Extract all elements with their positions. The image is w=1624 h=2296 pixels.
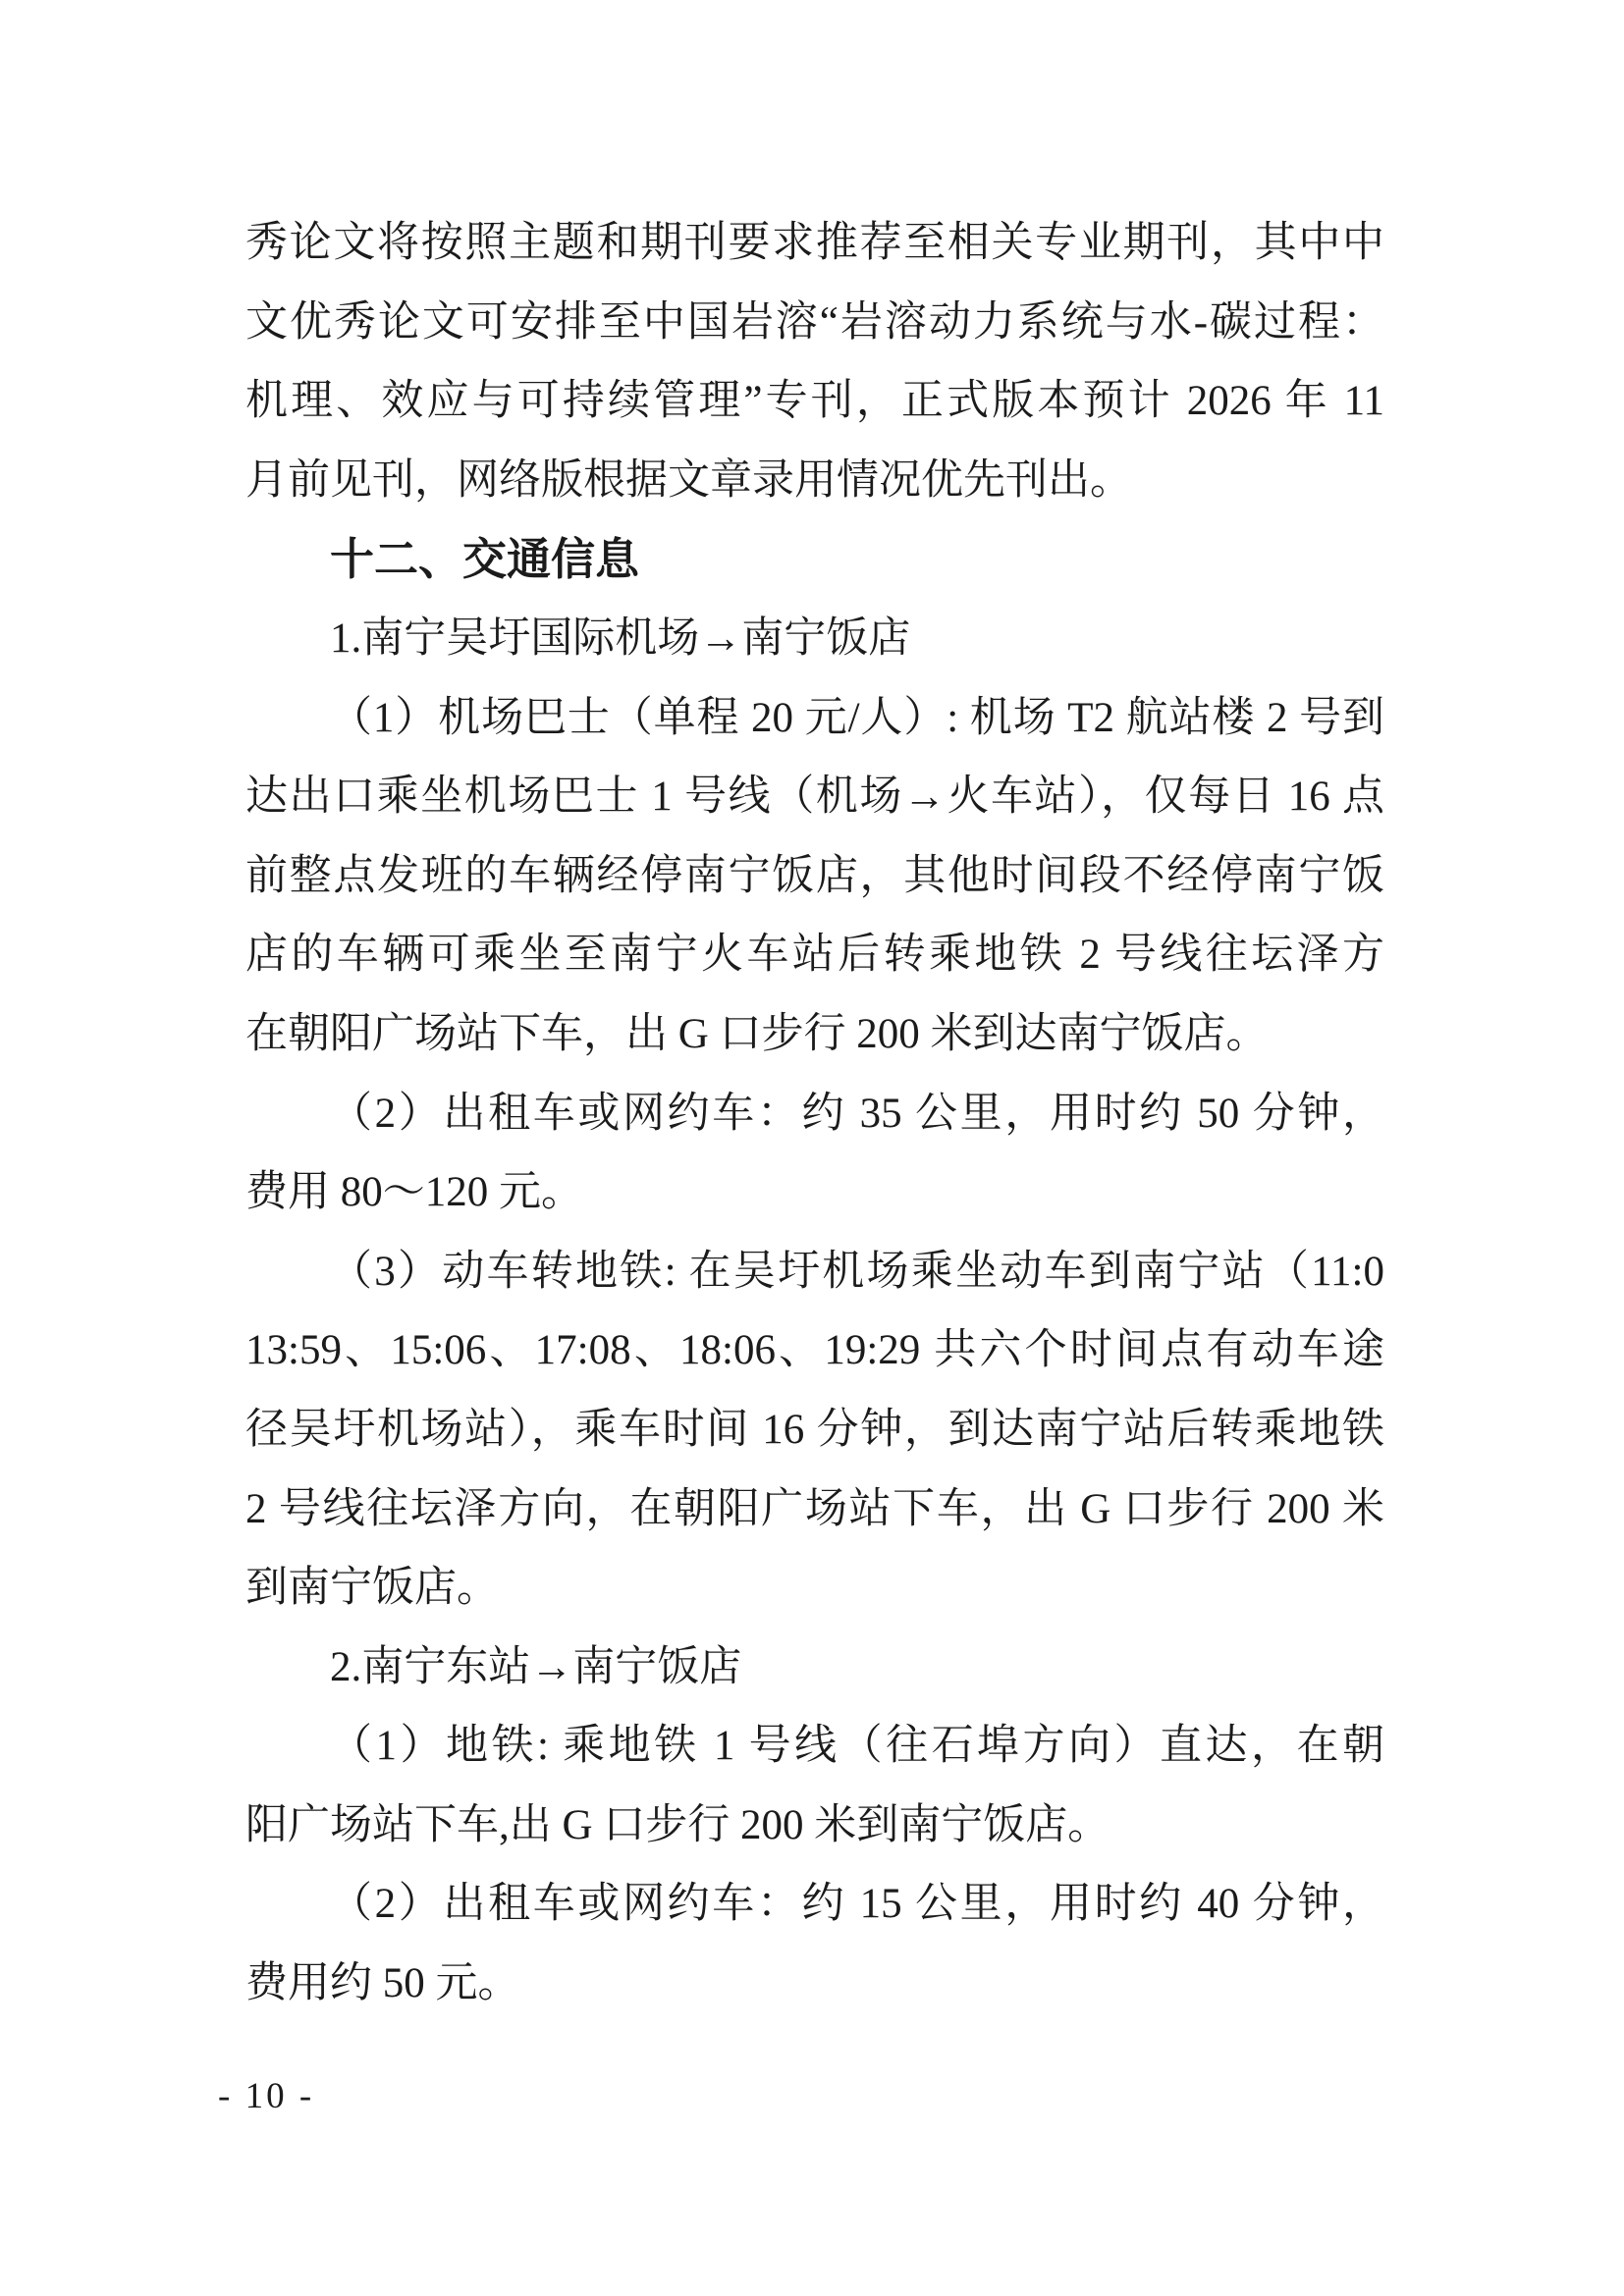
text-line: 月前见刊，网络版根据文章录用情况优先刊出。: [245, 442, 1384, 521]
text-line: 店的车辆可乘坐至南宁火车站后转乘地铁 2 号线往坛泽方向，: [245, 916, 1384, 995]
text-line: 费用约 50 元。: [245, 1945, 1384, 2024]
text-line: （1）机场巴士（单程 20 元/人）: 机场 T2 航站楼 2 号到: [245, 679, 1384, 759]
text-line: 文优秀论文可安排至中国岩溶“岩溶动力系统与水-碳过程：: [245, 284, 1384, 363]
section-heading: 十二、交通信息: [245, 520, 1384, 600]
text-line: （2）出租车或网约车：约 15 公里，用时约 40 分钟，: [245, 1865, 1384, 1945]
text-line: 13:59、15:06、17:08、18:06、19:29 共六个时间点有动车途: [245, 1311, 1384, 1391]
text-line: 阳广场站下车,出 G 口步行 200 米到南宁饭店。: [245, 1787, 1384, 1866]
text-line: （3）动车转地铁: 在吴圩机场乘坐动车到南宁站（11:06、: [245, 1233, 1384, 1312]
page-number: - 10 -: [218, 2075, 314, 2118]
text-line: 径吴圩机场站），乘车时间 16 分钟，到达南宁站后转乘地铁: [245, 1391, 1384, 1470]
text-line: 在朝阳广场站下车，出 G 口步行 200 米到达南宁饭店。: [245, 995, 1384, 1075]
text-line: 到南宁饭店。: [245, 1549, 1384, 1629]
text-line: 达出口乘坐机场巴士 1 号线（机场→火车站），仅每日 16 点: [245, 758, 1384, 837]
text-line: 机理、效应与可持续管理”专刊，正式版本预计 2026 年 11: [245, 362, 1384, 442]
text-line: 费用 80～120 元。: [245, 1153, 1384, 1233]
text-line: 前整点发班的车辆经停南宁饭店，其他时间段不经停南宁饭: [245, 837, 1384, 917]
text-line: 2 号线往坛泽方向，在朝阳广场站下车，出 G 口步行 200 米: [245, 1470, 1384, 1550]
text-line: 秀论文将按照主题和期刊要求推荐至相关专业期刊，其中中: [245, 204, 1384, 284]
text-line: 1.南宁吴圩国际机场→南宁饭店: [245, 600, 1384, 679]
document-body: 秀论文将按照主题和期刊要求推荐至相关专业期刊，其中中文优秀论文可安排至中国岩溶“…: [245, 204, 1384, 2024]
document-page: 秀论文将按照主题和期刊要求推荐至相关专业期刊，其中中文优秀论文可安排至中国岩溶“…: [0, 0, 1624, 2296]
text-line: 2.南宁东站→南宁饭店: [245, 1629, 1384, 1708]
text-line: （1）地铁: 乘地铁 1 号线（往石埠方向）直达，在朝: [245, 1707, 1384, 1787]
text-line: （2）出租车或网约车：约 35 公里，用时约 50 分钟，: [245, 1075, 1384, 1154]
